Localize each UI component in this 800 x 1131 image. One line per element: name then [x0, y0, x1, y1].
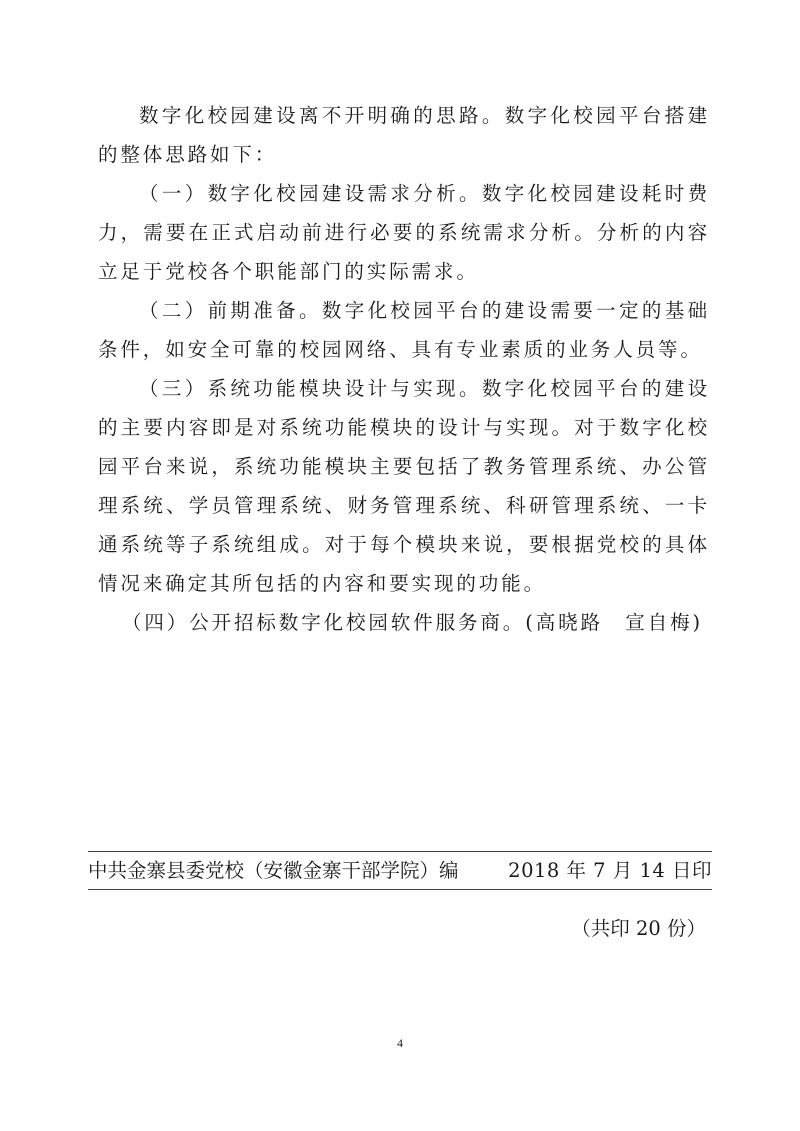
- paragraph-step-2: （二）前期准备。数字化校园平台的建设需要一定的基础条件，如安全可靠的校园网络、具…: [98, 291, 710, 369]
- paragraph-step-3: （三）系统功能模块设计与实现。数字化校园平台的建设的主要内容即是对系统功能模块的…: [98, 369, 710, 603]
- paragraph-step-1: （一）数字化校园建设需求分析。数字化校园建设耗时费力，需要在正式启动前进行必要的…: [98, 174, 710, 291]
- print-copies: （共印 20 份）: [571, 915, 706, 943]
- page-number: 4: [0, 1036, 800, 1051]
- imprint-date: 2018 年 7 月 14 日印: [508, 852, 712, 889]
- document-page: 数字化校园建设离不开明确的思路。数字化校园平台搭建的整体思路如下： （一）数字化…: [0, 0, 800, 1131]
- imprint-publisher: 中共金寨县委党校（安徽金寨干部学院）编: [88, 852, 459, 889]
- body-text: 数字化校园建设离不开明确的思路。数字化校园平台搭建的整体思路如下： （一）数字化…: [98, 96, 710, 642]
- paragraph-intro: 数字化校园建设离不开明确的思路。数字化校园平台搭建的整体思路如下：: [98, 96, 710, 174]
- imprint-line: 中共金寨县委党校（安徽金寨干部学院）编 2018 年 7 月 14 日印: [88, 851, 712, 890]
- paragraph-step-4: （四）公开招标数字化校园软件服务商。(高晓路 宣自梅): [98, 603, 710, 642]
